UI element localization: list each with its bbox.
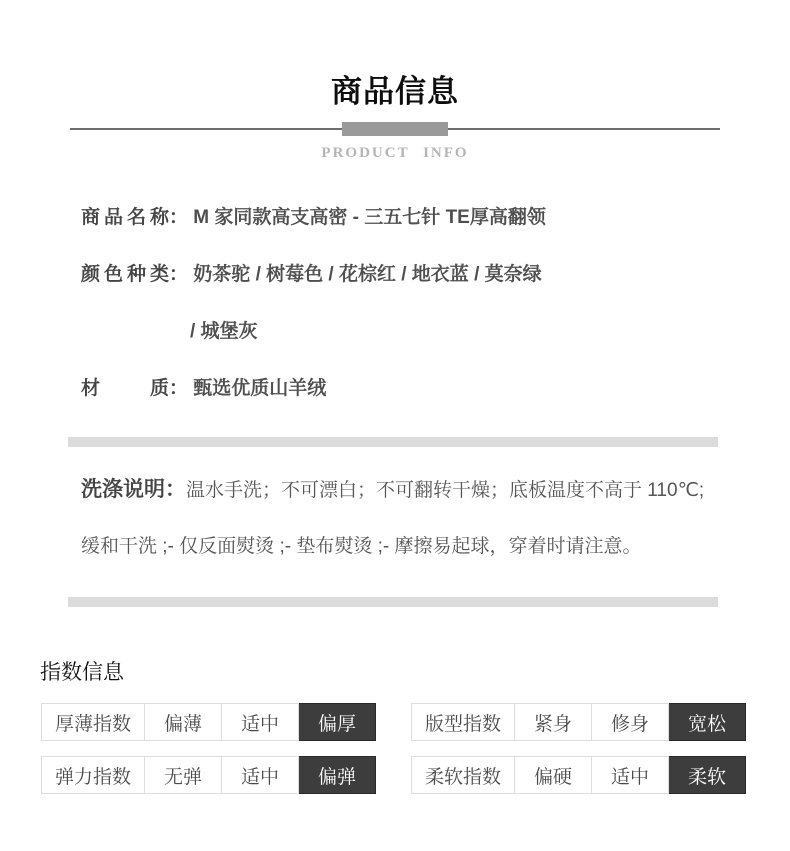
index-row-label: 柔软指数: [411, 756, 515, 794]
product-name-label: 商品名称: [81, 206, 169, 230]
wash-line-1: 洗涤说明：温水手洗；不可漂白；不可翻转干燥；底板温度不高于 110℃;: [81, 477, 750, 504]
index-option-selected: 偏弹: [299, 756, 376, 794]
label-colon: ：: [165, 478, 186, 501]
decoration-accent-bar: [342, 122, 448, 136]
section-divider: [68, 597, 718, 607]
index-row-label: 弹力指数: [41, 756, 145, 794]
elasticity-index-row: 弹力指数 无弹 适中 偏弹: [41, 756, 376, 794]
label-colon: ：: [169, 378, 188, 399]
colors-label: 颜色种类: [81, 263, 169, 287]
material-row: 材质： 甄选优质山羊绒: [81, 377, 790, 401]
index-option: 紧身: [515, 703, 592, 741]
product-name-row: 商品名称： M 家同款高支高密 - 三五七针 TE厚高翻领: [81, 206, 790, 230]
label-colon: ：: [169, 207, 188, 228]
colors-value: 奶茶驼 / 树莓色 / 花棕红 / 地衣蓝 / 莫奈绿: [193, 264, 541, 285]
index-option: 偏薄: [145, 703, 222, 741]
material-value: 甄选优质山羊绒: [193, 378, 326, 399]
index-row-label: 厚薄指数: [41, 703, 145, 741]
title-decoration: [70, 122, 720, 136]
index-option-selected: 柔软: [669, 756, 746, 794]
index-tables: 厚薄指数 偏薄 适中 偏厚 弹力指数 无弹 适中 偏弹 版型指数 紧身 修身 宽…: [41, 703, 746, 794]
index-option: 适中: [592, 756, 669, 794]
colors-row: 颜色种类： 奶茶驼 / 树莓色 / 花棕红 / 地衣蓝 / 莫奈绿: [81, 263, 790, 287]
product-name-value: M 家同款高支高密 - 三五七针 TE厚高翻领: [193, 207, 546, 228]
index-option-selected: 偏厚: [299, 703, 376, 741]
index-option: 无弹: [145, 756, 222, 794]
index-option: 适中: [222, 703, 299, 741]
section-divider: [68, 437, 718, 447]
material-label: 材质: [81, 377, 169, 401]
index-option: 偏硬: [515, 756, 592, 794]
index-table-right: 版型指数 紧身 修身 宽松 柔软指数 偏硬 适中 柔软: [411, 703, 746, 794]
index-section-title: 指数信息: [40, 660, 790, 686]
wash-text-2: 缓和干洗 ;- 仅反面熨烫 ;- 垫布熨烫 ;- 摩擦易起球，穿着时请注意。: [81, 536, 642, 557]
page-subtitle: PRODUCT INFO: [0, 145, 790, 162]
softness-index-row: 柔软指数 偏硬 适中 柔软: [411, 756, 746, 794]
index-option-selected: 宽松: [669, 703, 746, 741]
wash-line-2: 缓和干洗 ;- 仅反面熨烫 ;- 垫布熨烫 ;- 摩擦易起球，穿着时请注意。: [81, 534, 750, 560]
index-option: 修身: [592, 703, 669, 741]
index-table-left: 厚薄指数 偏薄 适中 偏厚 弹力指数 无弹 适中 偏弹: [41, 703, 376, 794]
wash-text-1: 温水手洗；不可漂白；不可翻转干燥；底板温度不高于 110℃;: [186, 480, 704, 501]
page-title: 商品信息: [0, 0, 790, 110]
wash-label: 洗涤说明: [81, 478, 165, 501]
index-option: 适中: [222, 756, 299, 794]
wash-instructions-section: 洗涤说明：温水手洗；不可漂白；不可翻转干燥；底板温度不高于 110℃; 缓和干洗…: [0, 477, 790, 560]
colors-row-continued: / 城堡灰: [81, 320, 790, 344]
colors-value-line2: / 城堡灰: [190, 321, 258, 342]
label-colon: ：: [169, 264, 188, 285]
thickness-index-row: 厚薄指数 偏薄 适中 偏厚: [41, 703, 376, 741]
product-info-section: 商品名称： M 家同款高支高密 - 三五七针 TE厚高翻领 颜色种类： 奶茶驼 …: [0, 206, 790, 401]
index-row-label: 版型指数: [411, 703, 515, 741]
fit-index-row: 版型指数 紧身 修身 宽松: [411, 703, 746, 741]
